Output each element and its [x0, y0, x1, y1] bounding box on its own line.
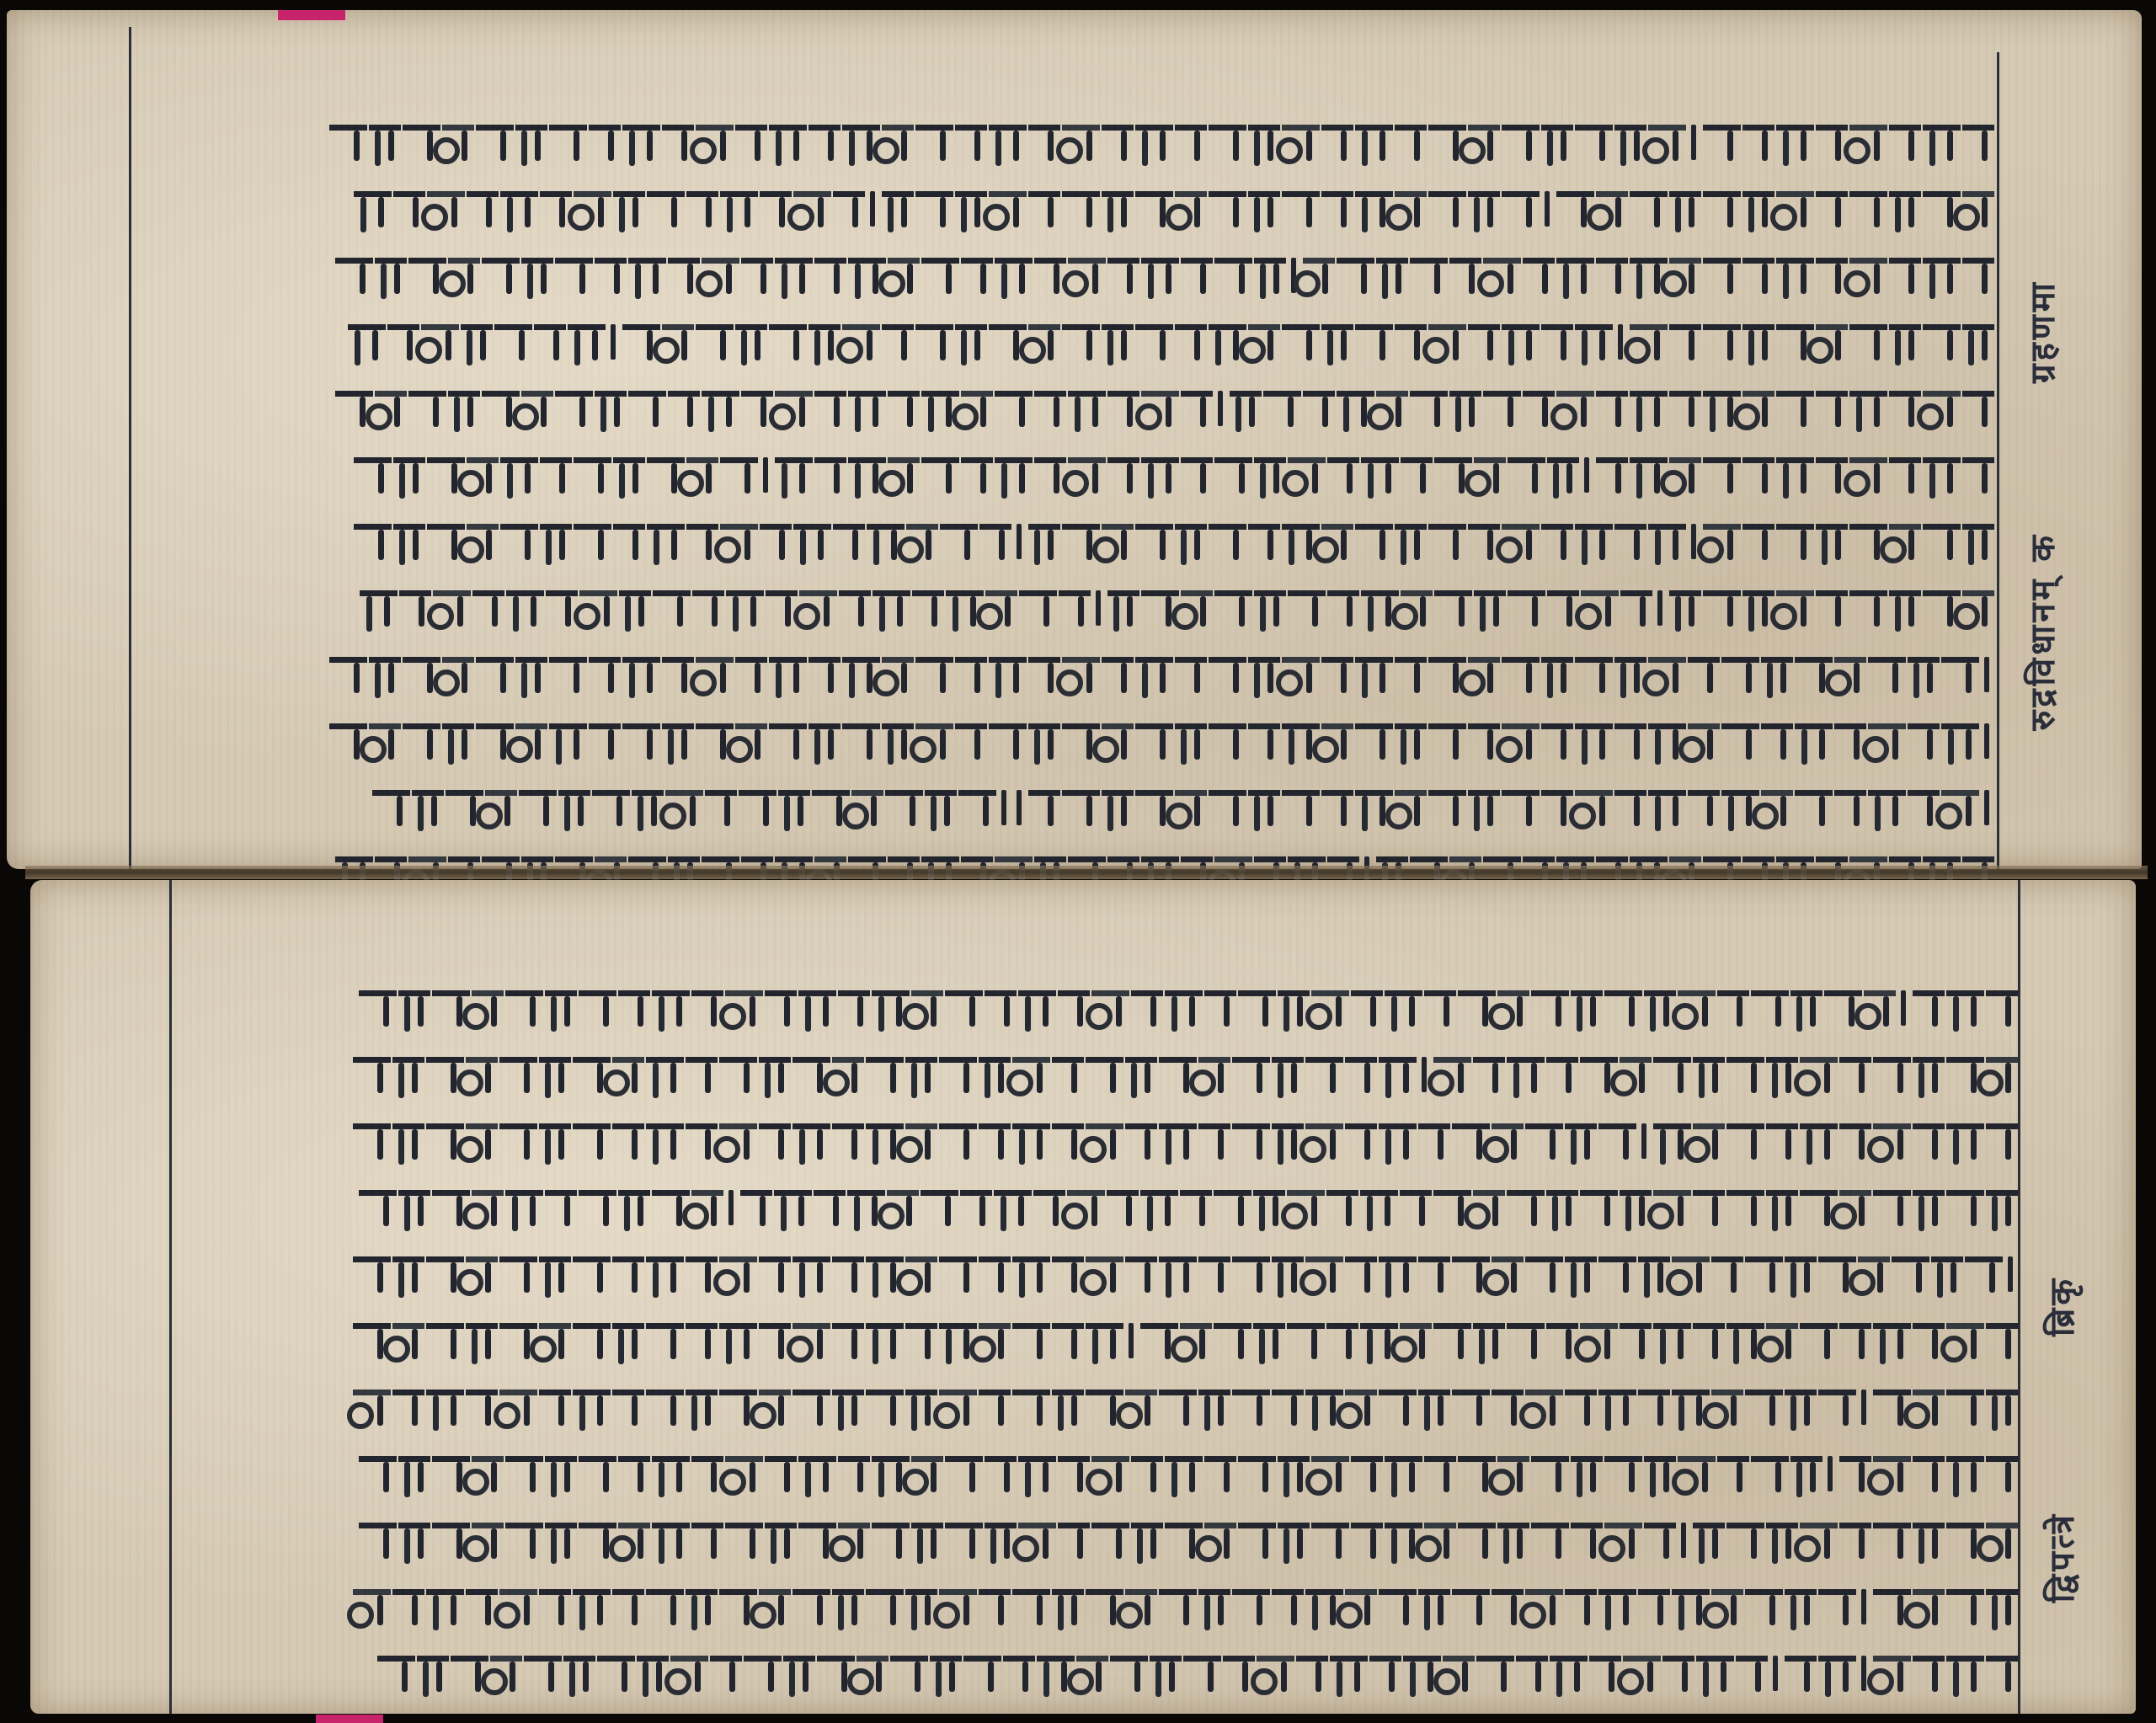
- glyph: [1175, 191, 1207, 226]
- glyph: [1546, 1057, 1578, 1091]
- glyph: [393, 524, 425, 558]
- glyph: [1653, 1323, 1691, 1358]
- glyph: [1669, 324, 1701, 359]
- right-margin-rule: [2018, 880, 2020, 1714]
- glyph: [1327, 590, 1359, 625]
- glyph: [375, 258, 407, 292]
- glyph: [1355, 790, 1393, 824]
- glyph: [1272, 1256, 1304, 1291]
- glyph: [979, 1589, 1011, 1624]
- glyph: [1321, 125, 1353, 159]
- glyph: [1107, 391, 1139, 425]
- glyph: [1962, 524, 1994, 558]
- glyph: [1175, 723, 1207, 758]
- glyph: [1376, 391, 1408, 425]
- glyph: [432, 1456, 470, 1491]
- glyph: [808, 723, 841, 758]
- glyph: [1287, 1323, 1325, 1358]
- glyph: [549, 657, 587, 691]
- glyph: [622, 657, 660, 691]
- glyph: [539, 1123, 571, 1158]
- glyph: [1834, 790, 1866, 824]
- glyph: [1062, 191, 1100, 226]
- glyph: [612, 1589, 644, 1624]
- glyph: [1638, 1589, 1670, 1624]
- glyph: [1125, 1123, 1157, 1158]
- glyph: [1502, 657, 1540, 691]
- glyph: [613, 457, 645, 492]
- glyph: [1232, 1589, 1270, 1624]
- glyph: [1717, 990, 1749, 1025]
- glyph: [1913, 1656, 1945, 1690]
- glyph: [1790, 990, 1822, 1025]
- glyph: [1889, 590, 1921, 625]
- glyph: [1965, 1256, 2003, 1291]
- manuscript-line: [108, 590, 1994, 639]
- glyph: [369, 723, 401, 758]
- glyph: [1849, 524, 1887, 558]
- glyph: [1726, 1123, 1764, 1158]
- glyph: [725, 990, 763, 1025]
- glyph: [573, 1256, 611, 1291]
- glyph: [597, 1656, 635, 1690]
- glyph: [1892, 1256, 1929, 1291]
- glyph: [387, 324, 419, 359]
- glyph: [1941, 723, 1979, 758]
- glyph: [945, 990, 983, 1025]
- glyph: [1946, 1523, 1984, 1557]
- glyph: [1711, 1256, 1743, 1291]
- glyph: [719, 1256, 757, 1291]
- glyph: [1355, 657, 1393, 691]
- glyph: [691, 1523, 723, 1557]
- glyph: [1181, 391, 1213, 425]
- glyph: [1468, 657, 1500, 691]
- glyph: [905, 1256, 937, 1291]
- danda-mark: [1001, 790, 1006, 825]
- danda-mark: [1618, 324, 1623, 360]
- glyph: [1395, 723, 1427, 758]
- glyph: [1672, 1589, 1710, 1624]
- glyph: [499, 1123, 537, 1158]
- glyph: [579, 1523, 616, 1557]
- glyph: [1492, 1256, 1524, 1291]
- glyph: [1614, 723, 1646, 758]
- glyph: [1589, 1656, 1621, 1690]
- glyph: [534, 324, 566, 359]
- glyph: [1688, 657, 1720, 691]
- glyph: [1986, 1456, 2018, 1491]
- glyph: [769, 657, 807, 691]
- manuscript-line: [108, 790, 1994, 839]
- glyph: [1703, 457, 1741, 492]
- glyph: [1232, 1390, 1270, 1424]
- glyph: [872, 1523, 910, 1557]
- glyph: [915, 125, 953, 159]
- glyph: [719, 1390, 757, 1424]
- glyph: [1282, 657, 1320, 691]
- glyph: [1345, 1123, 1377, 1158]
- glyph: [1418, 1256, 1450, 1291]
- glyph: [1776, 324, 1814, 359]
- glyph: [432, 990, 470, 1025]
- glyph: [1908, 657, 1940, 691]
- glyph: [1711, 1589, 1743, 1624]
- glyph: [1282, 191, 1320, 226]
- glyph: [885, 790, 923, 824]
- glyph: [1507, 1323, 1545, 1358]
- manuscript-line: [173, 1323, 2018, 1372]
- glyph: [359, 1523, 397, 1557]
- glyph: [798, 990, 836, 1025]
- glyph: [1946, 1390, 1984, 1424]
- glyph: [1209, 723, 1246, 758]
- glyph: [1620, 1323, 1652, 1358]
- glyph: [882, 723, 914, 758]
- glyph: [1962, 258, 1994, 292]
- glyph: [1644, 1456, 1676, 1491]
- glyph: [466, 1390, 498, 1424]
- glyph: [398, 1190, 430, 1224]
- glyph: [686, 457, 718, 492]
- glyph: [1303, 258, 1335, 292]
- glyph: [665, 790, 703, 824]
- glyph: [1648, 125, 1686, 159]
- glyph: [1745, 1256, 1783, 1291]
- glyph: [432, 1190, 470, 1224]
- glyph: [1476, 1656, 1514, 1690]
- glyph: [668, 391, 700, 425]
- glyph: [979, 1390, 1011, 1424]
- glyph: [1272, 1057, 1304, 1091]
- glyph: [1986, 1589, 2018, 1624]
- danda-mark: [1773, 1656, 1778, 1691]
- glyph: [985, 990, 1017, 1025]
- glyph: [1351, 990, 1383, 1025]
- glyph: [1135, 324, 1173, 359]
- glyph: [354, 524, 392, 558]
- glyph: [499, 1589, 537, 1624]
- danda-mark: [1901, 990, 1906, 1026]
- glyph: [838, 990, 870, 1025]
- glyph: [1644, 990, 1676, 1025]
- glyph: [1214, 258, 1252, 292]
- glyph: [466, 1123, 498, 1158]
- glyph: [1497, 1456, 1529, 1491]
- glyph: [393, 191, 425, 226]
- glyph: [1986, 1390, 2018, 1424]
- glyph: [1135, 657, 1173, 691]
- glyph: [1165, 990, 1203, 1025]
- glyph: [911, 1523, 943, 1557]
- glyph: [814, 391, 846, 425]
- margin-note-upper: ग्रहणमा: [2020, 280, 2066, 383]
- glyph: [1669, 590, 1701, 625]
- glyph: [890, 1656, 928, 1690]
- glyph: [1424, 1456, 1456, 1491]
- glyph: [1135, 191, 1173, 226]
- glyph: [1282, 723, 1320, 758]
- glyph: [1742, 391, 1774, 425]
- glyph: [1644, 1523, 1676, 1557]
- glyph: [1272, 1123, 1304, 1158]
- glyph: [1962, 191, 1994, 226]
- glyph: [1962, 324, 1994, 359]
- glyph: [955, 324, 987, 359]
- glyph: [1648, 524, 1686, 558]
- glyph: [612, 1390, 644, 1424]
- glyph: [1693, 1323, 1725, 1358]
- glyph: [1052, 1057, 1084, 1091]
- glyph: [1726, 1190, 1764, 1224]
- manuscript-line: [173, 1523, 2018, 1571]
- glyph: [1483, 258, 1521, 292]
- glyph: [521, 258, 553, 292]
- glyph: [1198, 1123, 1230, 1158]
- glyph: [613, 524, 645, 558]
- glyph: [466, 1323, 498, 1358]
- glyph: [1395, 524, 1427, 558]
- glyph: [1575, 125, 1613, 159]
- glyph: [1238, 1456, 1276, 1491]
- glyph: [1800, 1190, 1838, 1224]
- glyph: [646, 1123, 684, 1158]
- glyph: [1575, 723, 1613, 758]
- glyph: [467, 457, 499, 492]
- glyph: [1076, 1656, 1108, 1690]
- glyph: [686, 1057, 718, 1091]
- glyph: [1717, 1456, 1749, 1491]
- binding-tab-bottom: [316, 1715, 383, 1723]
- glyph: [472, 590, 504, 625]
- glyph: [887, 1190, 919, 1224]
- glyph: [612, 1123, 644, 1158]
- glyph: [1059, 590, 1091, 625]
- glyph: [1305, 1123, 1343, 1158]
- glyph: [842, 324, 880, 359]
- glyph: [1131, 1456, 1163, 1491]
- glyph: [1305, 1256, 1343, 1291]
- glyph: [646, 1390, 684, 1424]
- glyph: [1067, 1190, 1105, 1224]
- glyph: [555, 258, 593, 292]
- glyph: [1889, 125, 1921, 159]
- glyph: [1638, 1256, 1670, 1291]
- glyph: [568, 324, 606, 359]
- glyph: [1214, 590, 1252, 625]
- glyph: [735, 125, 767, 159]
- glyph: [1086, 1057, 1123, 1091]
- glyph: [792, 1057, 830, 1091]
- glyph: [905, 1123, 937, 1158]
- glyph: [353, 1323, 391, 1358]
- glyph: [1669, 391, 1701, 425]
- manuscript-folio-bottom: ब्रिकृ द्विपत्त्रे: [30, 880, 2136, 1714]
- glyph: [329, 125, 367, 159]
- glyph: [1068, 391, 1106, 425]
- glyph: [427, 457, 465, 492]
- glyph: [1776, 258, 1814, 292]
- glyph: [792, 1256, 830, 1291]
- glyph: [1931, 1256, 1963, 1291]
- glyph: [613, 191, 645, 226]
- glyph: [812, 790, 850, 824]
- glyph: [848, 258, 886, 292]
- glyph: [1433, 1190, 1471, 1224]
- glyph: [1062, 324, 1100, 359]
- glyph: [838, 1523, 870, 1557]
- glyph: [1795, 657, 1833, 691]
- glyph: [1946, 1456, 1984, 1491]
- glyph: [427, 191, 465, 226]
- glyph: [1839, 1523, 1871, 1557]
- glyph: [589, 125, 621, 159]
- manuscript-line: [108, 125, 1994, 173]
- glyph: [1630, 191, 1668, 226]
- glyph: [652, 1456, 690, 1491]
- glyph: [1141, 457, 1179, 492]
- glyph: [1355, 125, 1393, 159]
- glyph: [1889, 258, 1921, 292]
- glyph: [719, 1589, 757, 1624]
- glyph: [1688, 790, 1720, 824]
- glyph: [647, 524, 685, 558]
- glyph: [1800, 1323, 1838, 1358]
- glyph: [1345, 1390, 1377, 1424]
- glyph: [793, 524, 831, 558]
- glyph: [1012, 1057, 1050, 1091]
- glyph: [1703, 191, 1741, 226]
- glyph: [1620, 1057, 1652, 1091]
- glyph: [912, 590, 944, 625]
- glyph: [720, 457, 758, 492]
- glyph: [1873, 1523, 1911, 1557]
- glyph: [1596, 457, 1628, 492]
- glyph: [1541, 524, 1573, 558]
- glyph: [1052, 1323, 1084, 1358]
- glyph: [1547, 590, 1579, 625]
- glyph: [832, 1323, 864, 1358]
- glyph: [1785, 1589, 1817, 1624]
- glyph: [1125, 1390, 1157, 1424]
- glyph: [882, 191, 914, 226]
- glyph: [1183, 1656, 1221, 1690]
- glyph: [1502, 524, 1540, 558]
- glyph: [955, 125, 987, 159]
- glyph: [939, 1057, 977, 1091]
- glyph: [1648, 723, 1686, 758]
- glyph: [619, 590, 651, 625]
- danda-mark: [1641, 1123, 1646, 1159]
- glyph: [1565, 1390, 1597, 1424]
- glyph: [1816, 324, 1848, 359]
- glyph: [490, 1656, 522, 1690]
- glyph: [1125, 1057, 1157, 1091]
- glyph: [1889, 391, 1921, 425]
- glyph: [359, 1456, 397, 1491]
- glyph: [1598, 1390, 1636, 1424]
- glyph: [1868, 723, 1906, 758]
- glyph: [1923, 391, 1961, 425]
- glyph: [1214, 1190, 1251, 1224]
- glyph: [1253, 1323, 1285, 1358]
- glyph: [1546, 1323, 1578, 1358]
- glyph: [696, 125, 734, 159]
- glyph: [353, 1256, 391, 1291]
- glyph: [1598, 1589, 1636, 1624]
- glyph: [618, 1190, 650, 1224]
- glyph: [1428, 657, 1466, 691]
- glyph: [1428, 524, 1466, 558]
- glyph: [1379, 1256, 1417, 1291]
- glyph: [1034, 391, 1066, 425]
- glyph: [1135, 125, 1173, 159]
- glyph: [979, 1123, 1011, 1158]
- glyph: [1604, 1456, 1642, 1491]
- glyph: [1785, 1656, 1817, 1690]
- glyph: [1620, 590, 1652, 625]
- glyph: [1086, 1390, 1123, 1424]
- glyph: [1452, 1589, 1490, 1624]
- glyph: [1816, 191, 1848, 226]
- glyph: [1873, 1656, 1911, 1690]
- glyph: [1443, 1656, 1475, 1690]
- danda-mark: [1545, 191, 1550, 227]
- glyph: [1395, 191, 1427, 226]
- glyph: [1209, 125, 1246, 159]
- glyph: [1785, 1256, 1817, 1291]
- glyph: [1198, 1390, 1230, 1424]
- glyph: [759, 1256, 791, 1291]
- glyph: [612, 1256, 644, 1291]
- glyph: [1726, 1523, 1764, 1557]
- glyph: [1776, 590, 1814, 625]
- glyph: [1473, 1057, 1505, 1091]
- glyph: [842, 723, 880, 758]
- glyph: [485, 790, 517, 824]
- glyph: [1839, 1123, 1871, 1158]
- glyph: [1776, 191, 1814, 226]
- glyph: [392, 1323, 424, 1358]
- glyph: [989, 191, 1027, 226]
- glyph: [335, 258, 373, 292]
- glyph: [1565, 1123, 1597, 1158]
- glyph: [1669, 191, 1701, 226]
- glyph: [1473, 1190, 1505, 1224]
- glyph: [1795, 790, 1833, 824]
- glyph: [985, 1456, 1017, 1491]
- danda-mark: [1017, 524, 1022, 559]
- danda-mark: [1984, 657, 1989, 692]
- glyph: [652, 1190, 690, 1224]
- glyph: [979, 1256, 1011, 1291]
- glyph: [353, 1123, 391, 1158]
- glyph: [1452, 1390, 1490, 1424]
- glyph: [842, 125, 880, 159]
- glyph: [637, 1656, 669, 1690]
- glyph: [989, 324, 1027, 359]
- glyph: [1858, 1256, 1890, 1291]
- glyph: [618, 1456, 650, 1491]
- glyph: [1257, 1656, 1294, 1690]
- glyph: [1107, 590, 1139, 625]
- glyph: [1062, 125, 1100, 159]
- glyph: [1873, 1589, 1911, 1624]
- glyph: [515, 125, 547, 159]
- text-block: [173, 973, 2018, 1704]
- glyph: [1742, 191, 1774, 226]
- glyph: [618, 990, 650, 1025]
